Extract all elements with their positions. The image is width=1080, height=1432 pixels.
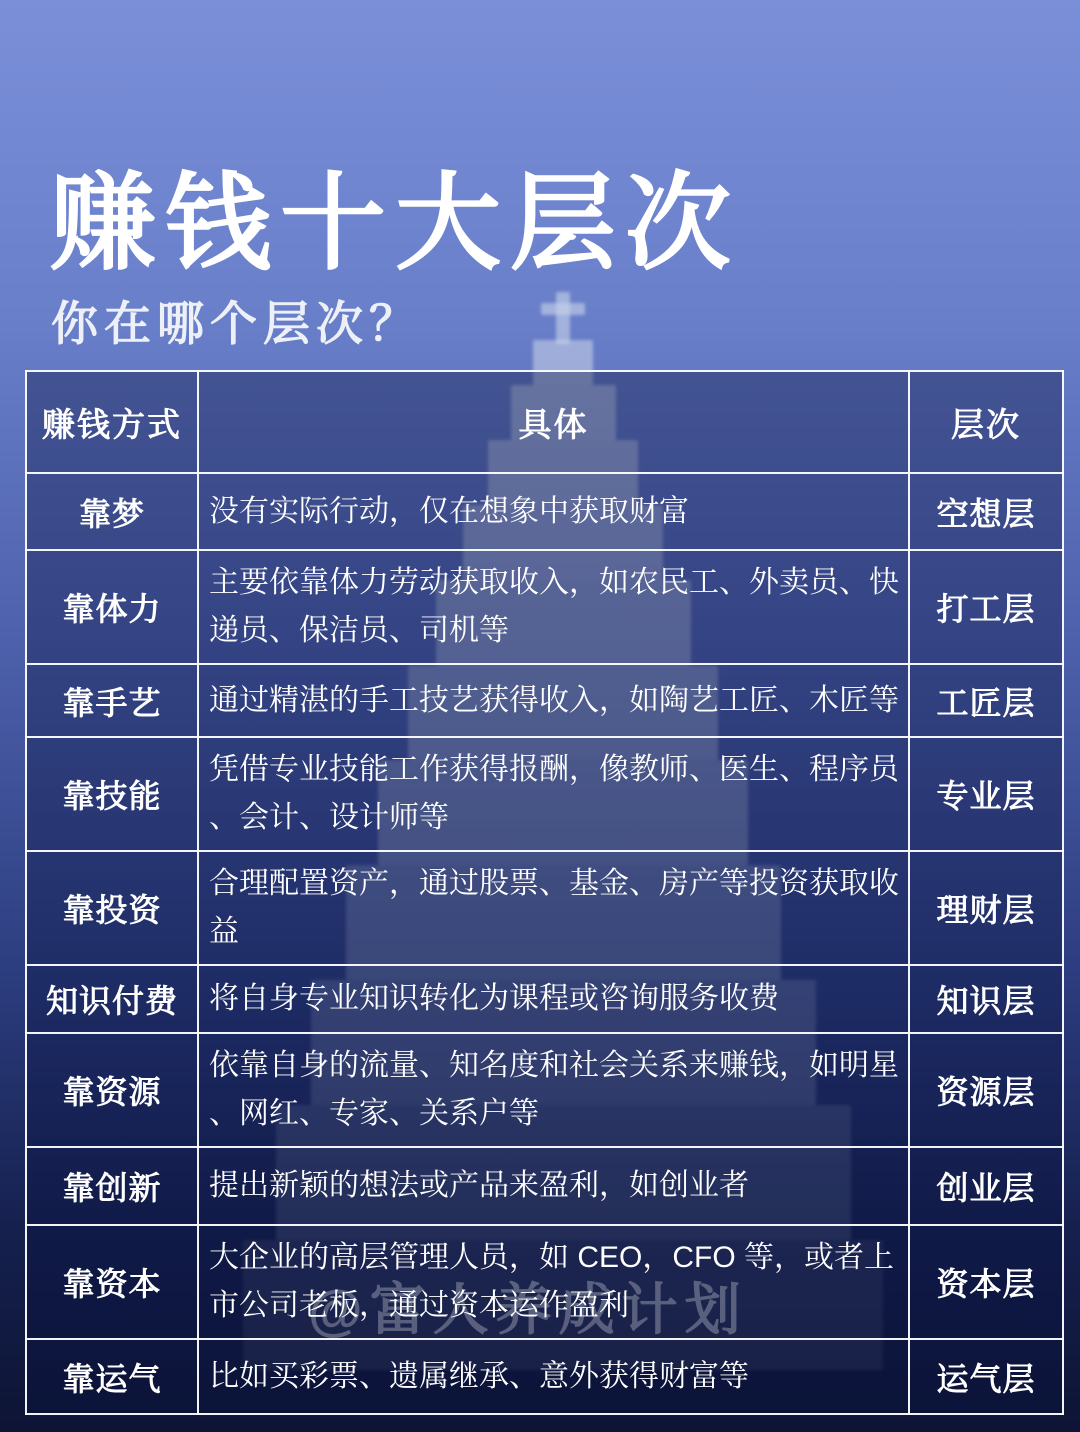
cell-detail: 合理配置资产，通过股票、基金、房产等投资获取收益 xyxy=(198,851,909,965)
cell-detail: 主要依靠体力劳动获取收入，如农民工、外卖员、快递员、保洁员、司机等 xyxy=(198,550,909,664)
cell-method: 知识付费 xyxy=(26,965,198,1033)
cell-level: 空想层 xyxy=(909,473,1063,550)
table-row: 靠运气比如买彩票、遗属继承、意外获得财富等运气层 xyxy=(26,1339,1063,1414)
cell-method: 靠投资 xyxy=(26,851,198,965)
cell-method: 靠运气 xyxy=(26,1339,198,1414)
cell-method: 靠体力 xyxy=(26,550,198,664)
cell-level: 资源层 xyxy=(909,1033,1063,1147)
church-tier xyxy=(541,303,585,315)
cell-method: 靠资源 xyxy=(26,1033,198,1147)
cell-level: 工匠层 xyxy=(909,664,1063,737)
column-header-level: 层次 xyxy=(909,371,1063,473)
cell-method: 靠梦 xyxy=(26,473,198,550)
church-tier xyxy=(556,292,570,344)
watermark: @富人养成计划 xyxy=(308,1266,748,1346)
table-row: 靠手艺通过精湛的手工技艺获得收入，如陶艺工匠、木匠等工匠层 xyxy=(26,664,1063,737)
cell-level: 专业层 xyxy=(909,737,1063,851)
cell-detail: 凭借专业技能工作获得报酬，像教师、医生、程序员、会计、设计师等 xyxy=(198,737,909,851)
cell-detail: 依靠自身的流量、知名度和社会关系来赚钱，如明星、网红、专家、关系户等 xyxy=(198,1033,909,1147)
cell-detail: 通过精湛的手工技艺获得收入，如陶艺工匠、木匠等 xyxy=(198,664,909,737)
table-row: 靠投资合理配置资产，通过股票、基金、房产等投资获取收益理财层 xyxy=(26,851,1063,965)
cell-level: 理财层 xyxy=(909,851,1063,965)
cell-level: 知识层 xyxy=(909,965,1063,1033)
header-row: 赚钱方式 具体 层次 xyxy=(26,371,1063,473)
cell-level: 创业层 xyxy=(909,1147,1063,1225)
column-header-detail: 具体 xyxy=(198,371,909,473)
cell-level: 资本层 xyxy=(909,1225,1063,1339)
cell-method: 靠资本 xyxy=(26,1225,198,1339)
page-subtitle: 你在哪个层次？ xyxy=(51,297,422,351)
cell-detail: 比如买彩票、遗属继承、意外获得财富等 xyxy=(198,1339,909,1414)
cell-detail: 没有实际行动，仅在想象中获取财富 xyxy=(198,473,909,550)
page-title: 赚钱十大层次 xyxy=(50,168,740,280)
poster: 赚钱十大层次 你在哪个层次？ 赚钱方式 具体 层次 靠梦没有实际行动，仅在想象中… xyxy=(0,0,1080,1432)
cell-detail: 将自身专业知识转化为课程或咨询服务收费 xyxy=(198,965,909,1033)
table-row: 靠体力主要依靠体力劳动获取收入，如农民工、外卖员、快递员、保洁员、司机等打工层 xyxy=(26,550,1063,664)
table-row: 靠技能凭借专业技能工作获得报酬，像教师、医生、程序员、会计、设计师等专业层 xyxy=(26,737,1063,851)
table-row: 靠资源依靠自身的流量、知名度和社会关系来赚钱，如明星、网红、专家、关系户等资源层 xyxy=(26,1033,1063,1147)
cell-method: 靠技能 xyxy=(26,737,198,851)
cell-level: 运气层 xyxy=(909,1339,1063,1414)
cell-detail: 提出新颖的想法或产品来盈利，如创业者 xyxy=(198,1147,909,1225)
table-row: 靠创新提出新颖的想法或产品来盈利，如创业者创业层 xyxy=(26,1147,1063,1225)
levels-table: 赚钱方式 具体 层次 靠梦没有实际行动，仅在想象中获取财富空想层靠体力主要依靠体… xyxy=(25,370,1064,1415)
cell-method: 靠创新 xyxy=(26,1147,198,1225)
table-row: 知识付费将自身专业知识转化为课程或咨询服务收费知识层 xyxy=(26,965,1063,1033)
cell-method: 靠手艺 xyxy=(26,664,198,737)
column-header-method: 赚钱方式 xyxy=(26,371,198,473)
cell-level: 打工层 xyxy=(909,550,1063,664)
table-row: 靠梦没有实际行动，仅在想象中获取财富空想层 xyxy=(26,473,1063,550)
table-header: 赚钱方式 具体 层次 xyxy=(26,371,1063,473)
